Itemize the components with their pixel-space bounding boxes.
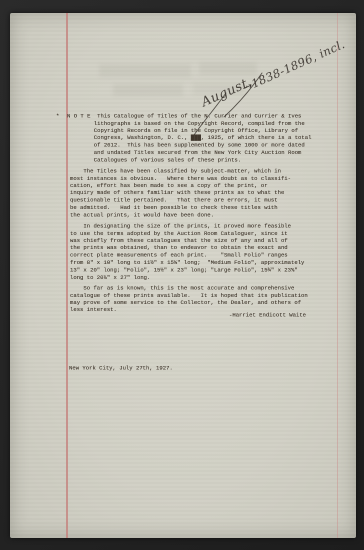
dateline: New York City, July 27th, 1927. xyxy=(69,365,173,372)
scan-background: →1838-1896, incl. August, * N O T E This… xyxy=(0,0,364,550)
note-paragraph-3: In designating the size of the prints, i… xyxy=(70,223,304,282)
document-page: →1838-1896, incl. August, * N O T E This… xyxy=(10,13,356,538)
margin-asterisk: * xyxy=(56,113,59,120)
right-margin-rule xyxy=(337,13,338,538)
signature-line: -Harriet Endicott Waite xyxy=(229,312,306,319)
note-paragraph-1: N O T E This Catalogue of Titles of the … xyxy=(67,113,311,164)
note-paragraph-2: The Titles have been classified by subje… xyxy=(70,168,291,219)
note-paragraph-4: So far as is known, this is the most acc… xyxy=(70,285,308,314)
left-margin-rule xyxy=(66,13,68,538)
